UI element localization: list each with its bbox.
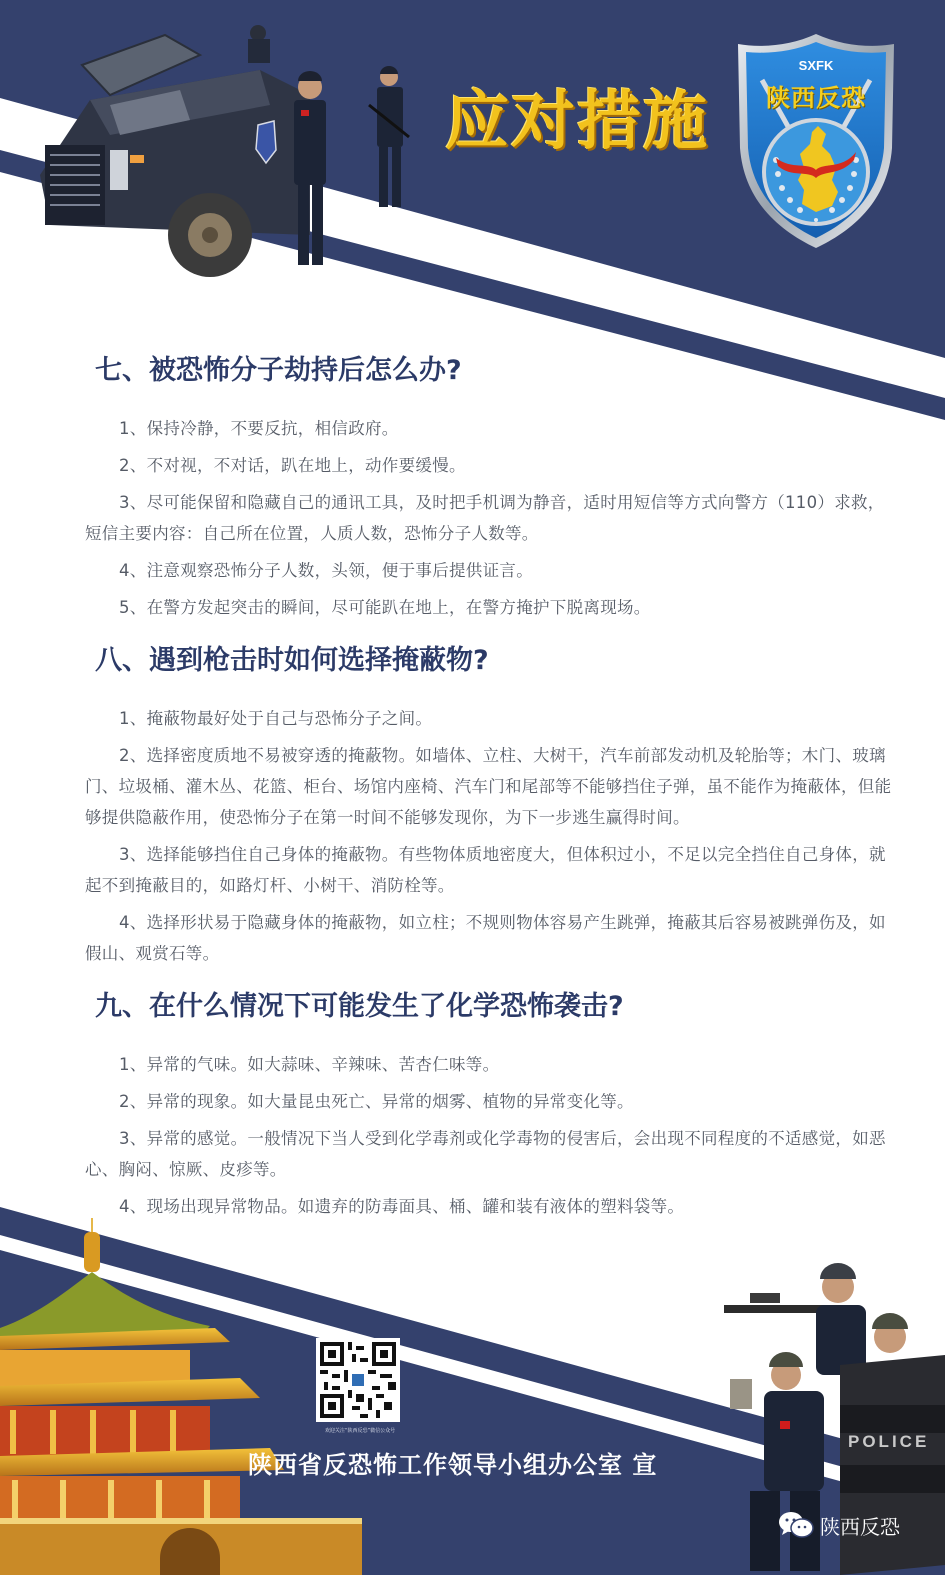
section-title: 九、在什么情况下可能发生了化学恐怖袭击? <box>95 981 895 1033</box>
section-hostage: 七、被恐怖分子劫持后怎么办? 1、保持冷静，不要反抗，相信政府。 2、不对视，不… <box>95 345 895 623</box>
section-title: 七、被恐怖分子劫持后怎么办? <box>95 345 895 397</box>
list-item: 1、异常的气味。如大蒜味、辛辣味、苦杏仁味等。 <box>85 1049 895 1080</box>
qr-caption: 欢迎关注“陕西反恐”微信公众号 <box>300 1427 420 1434</box>
officer-image <box>365 65 415 215</box>
list-item: 2、不对视，不对话，趴在地上，动作要缓慢。 <box>85 450 895 481</box>
list-item: 2、异常的现象。如大量昆虫死亡、异常的烟雾、植物的异常变化等。 <box>85 1086 895 1117</box>
wechat-account-name: 陕西反恐 <box>820 1511 900 1540</box>
qr-code-icon <box>316 1338 400 1422</box>
organization-signature: 陕西省反恐怖工作领导小组办公室 宣 <box>248 1446 657 1484</box>
list-item: 5、在警方发起突击的瞬间，尽可能趴在地上，在警方掩护下脱离现场。 <box>85 592 895 623</box>
bell-tower-image <box>0 1218 362 1575</box>
section-chemical-attack: 九、在什么情况下可能发生了化学恐怖袭击? 1、异常的气味。如大蒜味、辛辣味、苦杏… <box>95 981 895 1222</box>
section-shooting-cover: 八、遇到枪击时如何选择掩蔽物? 1、掩蔽物最好处于自己与恐怖分子之间。 2、选择… <box>95 635 895 969</box>
list-item: 4、选择形状易于隐藏身体的掩蔽物，如立柱；不规则物体容易产生跳弹，掩蔽其后容易被… <box>85 907 895 969</box>
list-item: 3、选择能够挡住自己身体的掩蔽物。有些物体质地密度大，但体积过小，不足以完全挡住… <box>85 839 895 901</box>
sxfk-badge: SXFK 陕西反恐 <box>732 30 900 252</box>
list-item: 1、掩蔽物最好处于自己与恐怖分子之间。 <box>85 703 895 734</box>
list-item: 1、保持冷静，不要反抗，相信政府。 <box>85 413 895 444</box>
headline-title: 应对措施 <box>445 82 709 162</box>
wechat-account-watermark: 陕西反恐 <box>778 1510 900 1540</box>
section-title: 八、遇到枪击时如何选择掩蔽物? <box>95 635 895 687</box>
armored-vehicle-image <box>30 25 340 285</box>
content-body: 七、被恐怖分子劫持后怎么办? 1、保持冷静，不要反抗，相信政府。 2、不对视，不… <box>95 345 895 1228</box>
badge-code: SXFK <box>732 58 900 73</box>
list-item: 4、注意观察恐怖分子人数，头领，便于事后提供证言。 <box>85 555 895 586</box>
wechat-icon <box>778 1510 814 1540</box>
wechat-qr-code[interactable] <box>316 1338 400 1422</box>
badge-name: 陕西反恐 <box>732 78 900 113</box>
list-item: 3、尽可能保留和隐藏自己的通讯工具，及时把手机调为静音，适时用短信等方式向警方（… <box>85 487 895 549</box>
police-shield-text: POLICE <box>848 1432 929 1452</box>
list-item: 2、选择密度质地不易被穿透的掩蔽物。如墙体、立柱、大树干，汽车前部发动机及轮胎等… <box>85 740 895 833</box>
list-item: 3、异常的感觉。一般情况下当人受到化学毒剂或化学毒物的侵害后，会出现不同程度的不… <box>85 1123 895 1185</box>
